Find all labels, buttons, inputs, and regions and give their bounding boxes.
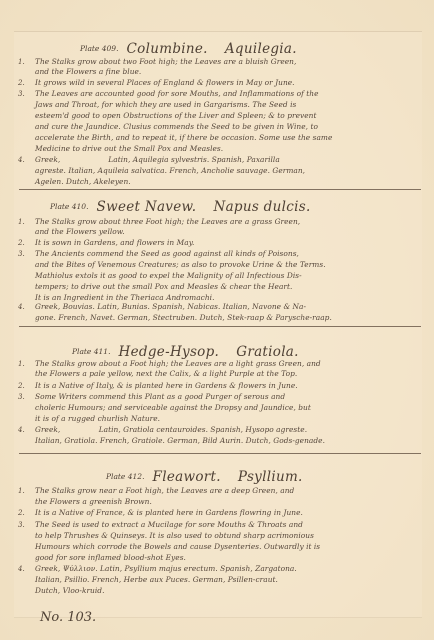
item-number: 2. [18,79,32,87]
plate-number: Plate 412. [106,472,144,481]
text-line: It is an Ingredient in the Theriaca Andr… [35,293,215,302]
text-line: It is a Native of Italy, & is planted he… [35,381,298,390]
section-divider [19,189,421,190]
item-number: 3. [18,90,32,98]
text-line: Mathiolus extols it as good to expel the… [35,271,302,280]
text-line: good for sore inflamed blood-shot Eyes. [35,553,186,562]
section-heading-fleawort: Plate 412. Fleawort. Psyllium. [106,466,303,485]
common-name: Fleawort. [153,469,221,485]
common-name: Columbine. [127,41,208,57]
text-line: Dutch, Vloo-kruid. [35,586,104,595]
plate-number: Plate 409. [80,44,118,53]
item-number: 2. [18,509,32,517]
item-number: 1. [18,58,32,66]
section-heading-sweet-navew: Plate 410. Sweet Navew. Napus dulcis. [50,196,311,215]
text-line: Greek, Latin, Aquilegia sylvestris. Span… [35,155,280,164]
latin-name: Psyllium. [238,469,303,485]
plate-number: Plate 410. [50,202,88,211]
text-line: the Flowers a greenish Brown. [35,497,152,506]
text-line: Humours which corrode the Bowels and cau… [35,542,320,551]
item-number: 4. [18,303,32,311]
latin-name: Gratiola. [236,344,299,360]
text-line: Medicine to drive out the Small Pox and … [35,144,223,153]
text-line: The Seed is used to extract a Mucilage f… [35,520,303,529]
item-number: 4. [18,156,32,164]
text-line: The Ancients commend the Seed as good ag… [35,249,299,258]
item-number: 3. [18,393,32,401]
text-line: Greek, Ψύλλιον. Latin, Psyllium majus er… [35,564,297,573]
item-number: 4. [18,426,32,434]
text-line: The Stalks grow about two Foot high; the… [35,57,296,66]
text-line: The Stalks grow about a Foot high; the L… [35,359,321,368]
text-line: Agelen. Dutch, Akeleyen. [35,177,131,186]
plate-number: Plate 411. [72,347,110,356]
common-name: Sweet Navew. [97,199,197,215]
text-line: agreste. Italian, Aquileia salvatica. Fr… [35,166,305,175]
text-line: tempers; to drive out the small Pox and … [35,282,292,291]
text-line: Some Writers commend this Plant as a goo… [35,392,285,401]
text-line: esteem'd good to open Obstructions of th… [35,111,316,120]
text-line: Italian, Psillio. French, Herbe aux Puce… [35,575,278,584]
latin-name: Aquilegia. [225,41,297,57]
text-line: The Leaves are accounted good for sore M… [35,89,319,98]
text-line: It is a Native of France, & is planted h… [35,508,303,517]
text-line: The Stalks grow near a Foot high, the Le… [35,486,294,495]
item-number: 2. [18,239,32,247]
text-line: Greek, Bouvias. Latin, Bunias. Spanish, … [35,302,306,311]
text-line: Greek, Latin, Gratiola centauroides. Spa… [35,425,307,434]
section-heading-columbine: Plate 409. Columbine. Aquilegia. [80,38,297,57]
text-line: the Flowers a pale yellow, next the Cali… [35,369,297,378]
item-number: 2. [18,382,32,390]
text-line: accelerate the Birth, and to repeat it, … [35,133,332,142]
item-number: 1. [18,487,32,495]
section-divider [19,326,421,327]
text-line: to help Thrushes & Quinseys. It is also … [35,531,314,540]
section-divider [19,453,421,454]
text-line: and the Flowers a fine blue. [35,67,141,76]
section-heading-hedge-hysop: Plate 411. Hedge-Hysop. Gratiola. [72,341,299,360]
item-number: 3. [18,521,32,529]
text-line: It is sown in Gardens, and flowers in Ma… [35,238,194,247]
text-line: Jaws and Throat, for which they are used… [35,100,296,109]
text-line: and the Bites of Venemous Creatures; as … [35,260,326,269]
engraved-page: Plate 409. Columbine. Aquilegia. 1. The … [0,0,434,640]
text-line: it is of a rugged churlish Nature. [35,414,160,423]
text-line: Italian, Gratiola. French, Gratiole. Ger… [35,436,325,445]
text-line: gone. French, Navet. German, Stectruben.… [35,313,332,322]
text-line: and the Flowers yellow. [35,227,125,236]
text-line: The Stalks grow about three Foot high; t… [35,217,300,226]
text-line: It grows wild in several Places of Engla… [35,78,295,87]
latin-name: Napus dulcis. [213,199,310,215]
text-line: and cure the Jaundice. Clusius commends … [35,122,318,131]
text-line: choleric Humours; and serviceable agains… [35,403,311,412]
item-number: 3. [18,250,32,258]
common-name: Hedge-Hysop. [119,344,220,360]
item-number: 4. [18,565,32,573]
item-number: 1. [18,360,32,368]
page-number-label: No. 103. [40,610,96,625]
item-number: 1. [18,218,32,226]
